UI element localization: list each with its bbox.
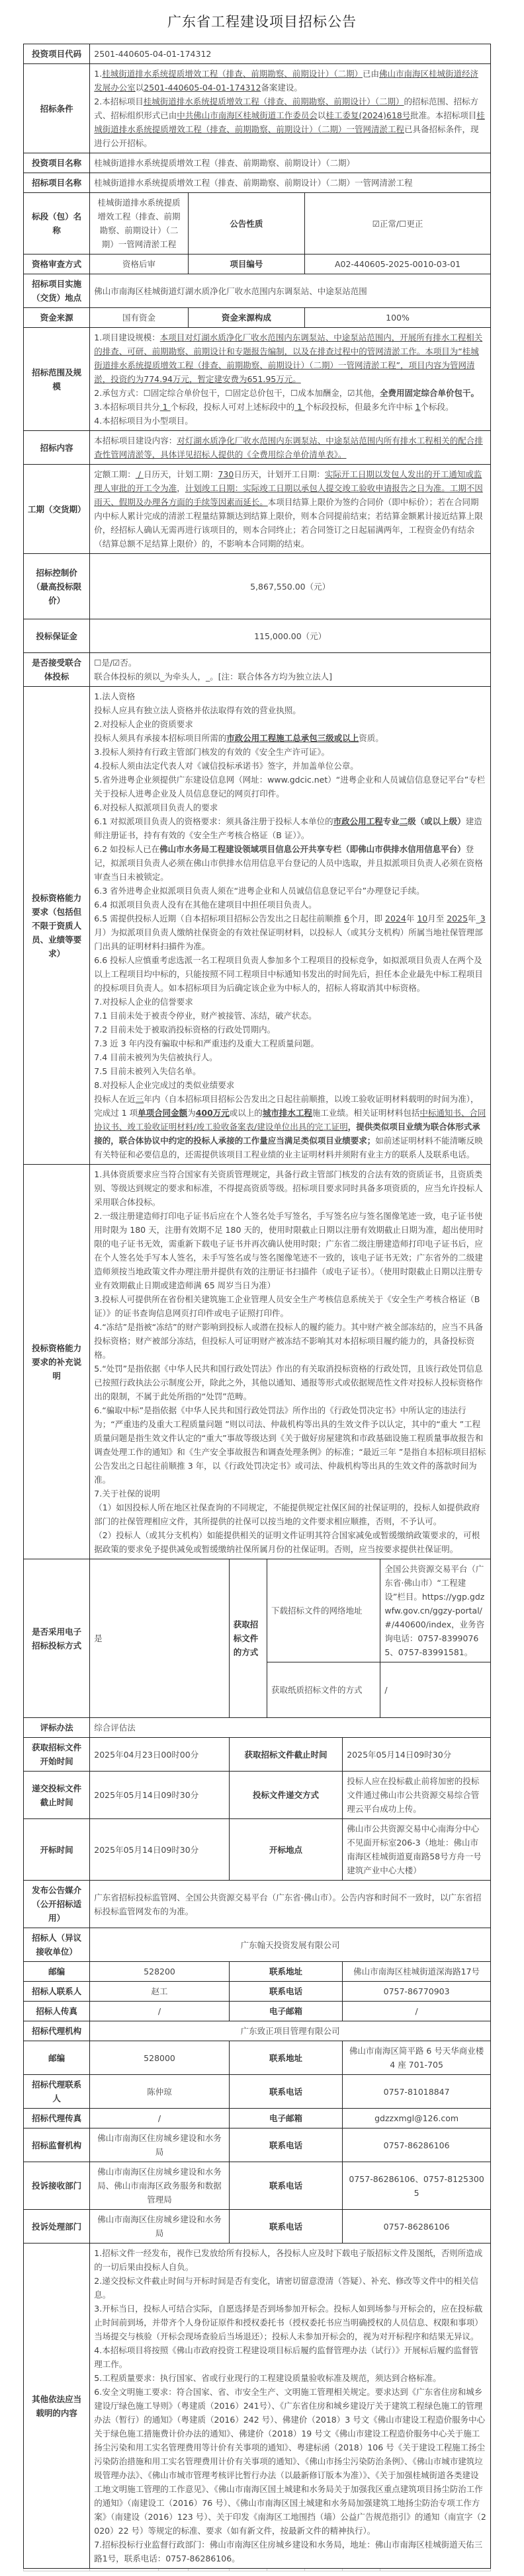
value-requirements: 1.法人资格 投标人应具有独立法人资格并依法取得有效的营业执照。 2.对投标人企… [90, 687, 491, 1165]
label-invest-code: 投资项目代码 [24, 44, 90, 64]
value-electronic: 是 [90, 1559, 230, 1718]
label-period: 工期（交货期） [24, 465, 90, 554]
value-tenderer-fax: / [90, 2002, 230, 2021]
row-consortium: 是否接受联合体投标 ☐是/☑否。 联合体投标的须以_为牵头人，_。[注：联合体各… [24, 653, 491, 687]
value-tenderer-email: / [343, 2002, 491, 2021]
value-period: 定额工期： / 日历天，计划工期：730日历天，计划开工日期：实际开工日期以发包… [90, 465, 491, 554]
row-method: 评标办法 综合评估法 [24, 1718, 491, 1738]
value-download-url[interactable]: 全国公共资源交易平台（广东省·佛山市）“工程建设”栏目。https://ygp.… [380, 1559, 491, 1662]
value-project-code: A02-440605-2025-0010-03-01 [305, 254, 491, 274]
label-project-name: 招标项目名称 [24, 173, 90, 193]
row-max-price: 招标控制价（最高投标限价） 5,867,550.00（元） [24, 554, 491, 619]
value-deposit: 115,000.00（元） [90, 619, 491, 653]
row-complaint-process: 投诉处理部门 佛山市南海区住房城乡建设和水务局 联系电话 0757-862861… [24, 2210, 491, 2244]
row-requirements: 投标资格能力要求（包括但不限于资质人员、业绩等要求） 1.法人资格 投标人应具有… [24, 687, 491, 1165]
page-title: 广东省工程建设项目招标公告 [0, 12, 524, 32]
row-conditions: 招标条件 1.桂城街道排水系统提质增效工程（排查、前期勘察、前期设计）（二期）已… [24, 64, 491, 153]
label-start-time: 获取招标文件开始时间 [24, 1738, 90, 1772]
label-scope: 招标范围及规模 [24, 328, 90, 431]
label-qualification: 资格审查方式 [24, 254, 90, 274]
row-invest-code: 投资项目代码 2501-440605-04-01-174312 [24, 44, 491, 64]
row-location: 招标项目实施（交货）地点 佛山市南海区桂城街道灯湖水质净化厂收水范围内东调泵站、… [24, 274, 491, 308]
label-download-url: 下载招标文件的网络地址 [267, 1559, 380, 1662]
label-complaint-process: 投诉处理部门 [24, 2210, 90, 2244]
value-tenderer-phone: 0757-86770903 [343, 1982, 491, 2002]
label-tenderer-address: 联系地址 [229, 1962, 342, 1982]
label-tenderer-fax: 招标人传真 [24, 2002, 90, 2021]
row-tenderer-contact: 招标人联系人 赵工 联系电话 0757-86770903 [24, 1982, 491, 2002]
label-agency-address: 联系地址 [229, 2041, 342, 2075]
row-media: 发布公告媒介（公开招标适用） 广东省招标投标监管网、全国公共资源交易平台（广东省… [24, 1881, 491, 1928]
label-end-time: 获取招标文件截止时间 [229, 1738, 342, 1772]
value-project-name: 桂城街道排水系统提质增效工程（排查、前期勘察、前期设计）（二期）一管网清淤工程 [90, 173, 491, 193]
label-agency-email: 电子邮箱 [229, 2109, 342, 2128]
row-agency: 招标代理机构 广东致正项目管理有限公司 [24, 2021, 491, 2041]
label-agency-contact: 招标代理联系人 [24, 2075, 90, 2109]
row-electronic: 是否采用电子招标投标方式 是 获取招标文件的方式 下载招标文件的网络地址 全国公… [24, 1559, 491, 1662]
value-complaint-process: 佛山市南海区住房城乡建设和水务局 [90, 2210, 230, 2244]
value-tenderer-address: 佛山市南海区桂城街道深海路17号 [343, 1962, 491, 1982]
value-agency-fax: / [90, 2109, 230, 2128]
label-agency-fax: 招标代理传真 [24, 2109, 90, 2128]
label-consortium: 是否接受联合体投标 [24, 653, 90, 687]
value-supplement: 1.具体资质要求应当符合国家有关资质管理规定，具备行政主管部门核发的合法有效的资… [90, 1165, 491, 1559]
row-agency-zip: 邮编 528000 联系地址 佛山市南海区简平路 6 号天华商业楼 4 座 70… [24, 2041, 491, 2075]
label-tenderer-phone: 联系电话 [229, 1982, 342, 2002]
label-media: 发布公告媒介（公开招标适用） [24, 1881, 90, 1928]
row-supplement: 投标资格能力要求的补充说明 1.具体资质要求应当符合国家有关资质管理规定，具备行… [24, 1165, 491, 1559]
row-project-name: 招标项目名称 桂城街道排水系统提质增效工程（排查、前期勘察、前期设计）（二期）一… [24, 173, 491, 193]
label-max-price: 招标控制价（最高投标限价） [24, 554, 90, 619]
label-lot: 标段（包）名称 [24, 193, 90, 254]
value-agency-email[interactable]: gdzzxmgl@126.com [343, 2109, 491, 2128]
row-other: 其他依法应当载明的内容 1.招标文件一经发布，视作已发放给所有投标人，各投标人应… [24, 2244, 491, 2569]
row-lot: 标段（包）名称 桂城街道排水系统提质增效工程（排查、前期勘察、前期设计）（二期）… [24, 193, 491, 254]
value-content: 本招标项目建设内容：对灯湖水质净化厂收水范围内东调泵站、中途泵站范围内所有排水工… [90, 431, 491, 465]
label-agency: 招标代理机构 [24, 2021, 90, 2041]
label-tenderer-contact: 招标人联系人 [24, 1982, 90, 2002]
label-supplement: 投标资格能力要求的补充说明 [24, 1165, 90, 1559]
value-funding: 国有资金 [90, 308, 188, 328]
label-submit-method: 投标文件递交方式 [229, 1772, 342, 1819]
value-location: 佛山市南海区桂城街道灯湖水质净化厂收水范围内东调泵站、中途泵站范围 [90, 274, 491, 308]
tender-announcement: 广东省工程建设项目招标公告 投资项目代码 2501-440605-04-01-1… [0, 0, 524, 2571]
value-agency: 广东致正项目管理有限公司 [90, 2021, 491, 2041]
row-period: 工期（交货期） 定额工期： / 日历天，计划工期：730日历天，计划开工日期：实… [24, 465, 491, 554]
label-obtain-method: 获取招标文件的方式 [229, 1559, 267, 1718]
value-invest-name: 桂城街道排水系统提质增效工程（排查、前期勘察、前期设计）（二期） [90, 153, 491, 173]
value-tenderer-zip: 528200 [90, 1962, 230, 1982]
row-supervision: 招标监督机构 佛山市南海区住房城乡建设和水务局 联系电话 0757-862861… [24, 2128, 491, 2162]
row-deposit: 投标保证金 115,000.00（元） [24, 619, 491, 653]
row-invest-name: 投资项目名称 桂城街道排水系统提质增效工程（排查、前期勘察、前期设计）（二期） [24, 153, 491, 173]
row-tenderer-fax: 招标人传真 / 电子邮箱 / [24, 2002, 491, 2021]
value-complaint-process-phone: 0757-86286106 [343, 2210, 491, 2244]
value-conditions: 1.桂城街道排水系统提质增效工程（排查、前期勘察、前期设计）（二期）已由佛山市南… [90, 64, 491, 153]
value-invest-code: 2501-440605-04-01-174312 [90, 44, 491, 64]
value-max-price: 5,867,550.00（元） [90, 554, 491, 619]
value-agency-address: 佛山市南海区简平路 6 号天华商业楼 4 座 701-705 [343, 2041, 491, 2075]
label-tenderer-zip: 邮编 [24, 1962, 90, 1982]
label-nature: 公告性质 [188, 193, 304, 254]
label-other: 其他依法应当载明的内容 [24, 2244, 90, 2569]
label-complaint-process-phone: 联系电话 [229, 2210, 342, 2244]
value-agency-phone: 0757-81018847 [343, 2075, 491, 2109]
value-supervision-phone: 0757-86286106 [343, 2128, 491, 2162]
value-supervision: 佛山市南海区住房城乡建设和水务局 [90, 2128, 230, 2162]
label-open-place: 开标地点 [229, 1819, 342, 1881]
row-submit: 递交投标文件截止时间 2025年05月14日09时30分 投标文件递交方式 投标… [24, 1772, 491, 1819]
announcement-table: 投资项目代码 2501-440605-04-01-174312 招标条件 1.桂… [23, 44, 491, 2571]
label-electronic: 是否采用电子招标投标方式 [24, 1559, 90, 1718]
row-open: 开标时间 2025年05月14日09时30分 开标地点 佛山市公共资源交易中心南… [24, 1819, 491, 1881]
value-complaint-receive: 佛山市南海区住房城乡建设和水务局、佛山市南海区政务服务和数据管理局 [90, 2162, 230, 2210]
label-funding: 资金来源 [24, 308, 90, 328]
label-deposit: 投标保证金 [24, 619, 90, 653]
label-tenderer-email: 电子邮箱 [229, 2002, 342, 2021]
row-obtain-times: 获取招标文件开始时间 2025年04月23日00时00分 获取招标文件截止时间 … [24, 1738, 491, 1772]
label-content: 招标内容 [24, 431, 90, 465]
value-scope: 1.项目建设规模：本项目对灯湖水质净化厂收水范围内东调泵站、中途泵站范围内，开展… [90, 328, 491, 431]
label-paper-method: 获取纸质招标文件的方式 [267, 1662, 380, 1718]
value-open-place: 佛山市公共资源交易中心南海分中心不见面开标室206-3（地址：佛山市南海区桂城街… [343, 1819, 491, 1881]
label-supervision-phone: 联系电话 [229, 2128, 342, 2162]
label-project-code: 项目编号 [188, 254, 304, 274]
value-lot: 桂城街道排水系统提质增效工程（排查、前期勘察、前期设计）（二期）一管网清淤工程 [90, 193, 188, 254]
value-submit-method: 投标人应在投标截止前将加密的投标文件通过佛山市公共资源交易综合管理云平台成功上传… [343, 1772, 491, 1819]
value-submit-deadline: 2025年05月14日09时30分 [90, 1772, 230, 1819]
label-conditions: 招标条件 [24, 64, 90, 153]
label-funding-composition: 资金来源构成 [188, 308, 304, 328]
label-invest-name: 投资项目名称 [24, 153, 90, 173]
value-media: 广东省招标投标监管网、全国公共资源交易平台（广东省·佛山市）。公告内容和时间不一… [90, 1881, 491, 1928]
value-tenderer-contact: 赵工 [90, 1982, 230, 2002]
table-trailer-row [24, 2569, 491, 2571]
value-nature: ☑正常/☐更正 [305, 193, 491, 254]
row-complaint-receive: 投诉接收部门 佛山市南海区住房城乡建设和水务局、佛山市南海区政务服务和数据管理局… [24, 2162, 491, 2210]
row-agency-contact: 招标代理联系人 陈仲琼 联系电话 0757-81018847 [24, 2075, 491, 2109]
row-qualification: 资格审查方式 资格后审 项目编号 A02-440605-2025-0010-03… [24, 254, 491, 274]
value-paper-method: / [380, 1662, 491, 1718]
value-method: 综合评估法 [90, 1718, 491, 1738]
label-location: 招标项目实施（交货）地点 [24, 274, 90, 308]
label-requirements: 投标资格能力要求（包括但不限于资质人员、业绩等要求） [24, 687, 90, 1165]
label-supervision: 招标监督机构 [24, 2128, 90, 2162]
value-other: 1.招标文件一经发布，视作已发放给所有投标人，各投标人应及时下载电子版招标文件及… [90, 2244, 491, 2569]
label-tenderer: 招标人（异议接收单位） [24, 1928, 90, 1962]
label-open-time: 开标时间 [24, 1819, 90, 1881]
value-agency-contact: 陈仲琼 [90, 2075, 230, 2109]
row-scope: 招标范围及规模 1.项目建设规模：本项目对灯湖水质净化厂收水范围内东调泵站、中途… [24, 328, 491, 431]
label-submit-deadline: 递交投标文件截止时间 [24, 1772, 90, 1819]
row-tenderer: 招标人（异议接收单位） 广东翰天投资发展有限公司 [24, 1928, 491, 1962]
label-method: 评标办法 [24, 1718, 90, 1738]
value-qualification: 资格后审 [90, 254, 188, 274]
value-funding-composition: 100% [305, 308, 491, 328]
value-open-time: 2025年05月14日09时30分 [90, 1819, 230, 1881]
label-agency-phone: 联系电话 [229, 2075, 342, 2109]
value-tenderer: 广东翰天投资发展有限公司 [90, 1928, 491, 1962]
label-complaint-receive: 投诉接收部门 [24, 2162, 90, 2210]
row-agency-fax: 招标代理传真 / 电子邮箱 gdzzxmgl@126.com [24, 2109, 491, 2128]
value-consortium: ☐是/☑否。 联合体投标的须以_为牵头人，_。[注：联合体各方均为独立法人] [90, 653, 491, 687]
value-start-time: 2025年04月23日00时00分 [90, 1738, 230, 1772]
row-tenderer-zip: 邮编 528200 联系地址 佛山市南海区桂城街道深海路17号 [24, 1962, 491, 1982]
row-content: 招标内容 本招标项目建设内容：对灯湖水质净化厂收水范围内东调泵站、中途泵站范围内… [24, 431, 491, 465]
label-complaint-receive-phone: 联系电话 [229, 2162, 342, 2210]
value-agency-zip: 528000 [90, 2041, 230, 2075]
value-complaint-receive-phone: 0757-86286106、0757-81253005 [343, 2162, 491, 2210]
label-agency-zip: 邮编 [24, 2041, 90, 2075]
row-funding: 资金来源 国有资金 资金来源构成 100% [24, 308, 491, 328]
value-end-time: 2025年05月14日09时30分 [343, 1738, 491, 1772]
